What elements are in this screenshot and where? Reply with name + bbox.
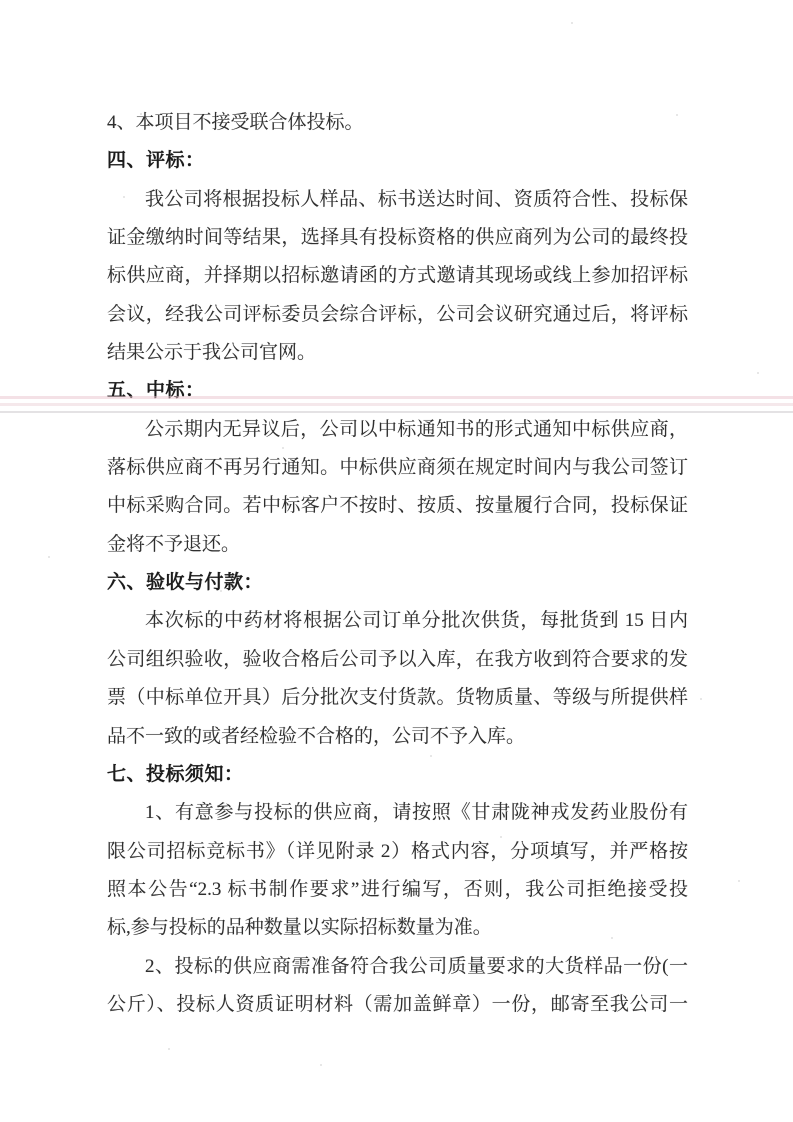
doc-line: 公斤）、投标人资质证明材料（需加盖鲜章）一份，邮寄至我公司一 <box>107 986 688 1024</box>
doc-line: 落标供应商不再另行通知。中标供应商须在规定时间内与我公司签订 <box>107 449 688 487</box>
scan-speck <box>738 880 740 882</box>
document-page: 4、本项目不接受联合体投标。四、评标：我公司将根据投标人样品、标书送达时间、资质… <box>0 0 793 1122</box>
scan-speck <box>571 22 573 24</box>
scan-speck <box>757 372 759 374</box>
doc-line: 我公司将根据投标人样品、标书送达时间、资质符合性、投标保 <box>107 181 688 219</box>
doc-line: 公示期内无异议后，公司以中标通知书的形式通知中标供应商， <box>107 411 688 449</box>
doc-heading-line: 七、投标须知： <box>107 756 688 794</box>
doc-line: 1、有意参与投标的供应商，请按照《甘肃陇神戎发药业股份有 <box>107 794 688 832</box>
doc-line: 金将不予退还。 <box>107 526 688 564</box>
doc-heading-line: 六、验收与付款： <box>107 564 688 602</box>
doc-line: 证金缴纳时间等结果，选择具有投标资格的供应商列为公司的最终投 <box>107 219 688 257</box>
doc-line: 限公司招标竞标书》（详见附录 2）格式内容，分项填写，并严格按 <box>107 833 688 871</box>
doc-line: 2、投标的供应商需准备符合我公司质量要求的大货样品一份(一 <box>107 948 688 986</box>
document-lines: 4、本项目不接受联合体投标。四、评标：我公司将根据投标人样品、标书送达时间、资质… <box>107 104 688 1024</box>
doc-line: 标供应商，并择期以招标邀请函的方式邀请其现场或线上参加招评标 <box>107 257 688 295</box>
doc-line: 票（中标单位开具）后分批次支付货款。货物质量、等级与所提供样 <box>107 679 688 717</box>
scan-speck <box>320 1064 322 1066</box>
doc-line: 标,参与投标的品种数量以实际招标数量为准。 <box>107 909 688 947</box>
doc-line: 品不一致的或者经检验不合格的，公司不予入库。 <box>107 718 688 756</box>
doc-line: 中标采购合同。若中标客户不按时、按质、按量履行合同，投标保证 <box>107 487 688 525</box>
scan-speck <box>700 698 702 700</box>
doc-line: 4、本项目不接受联合体投标。 <box>107 104 688 142</box>
doc-line: 公司组织验收，验收合格后公司予以入库，在我方收到符合要求的发 <box>107 641 688 679</box>
doc-line: 照本公告“2.3 标书制作要求”进行编写，否则，我公司拒绝接受投 <box>107 871 688 909</box>
scan-speck <box>48 556 50 558</box>
doc-heading-line: 四、评标： <box>107 142 688 180</box>
doc-line: 结果公示于我公司官网。 <box>107 334 688 372</box>
scan-speck <box>168 1048 170 1050</box>
doc-line: 本次标的中药材将根据公司订单分批次供货，每批货到 15 日内 <box>107 602 688 640</box>
doc-line: 会议，经我公司评标委员会综合评标，公司会议研究通过后，将评标 <box>107 296 688 334</box>
doc-heading-line: 五、中标： <box>107 372 688 410</box>
